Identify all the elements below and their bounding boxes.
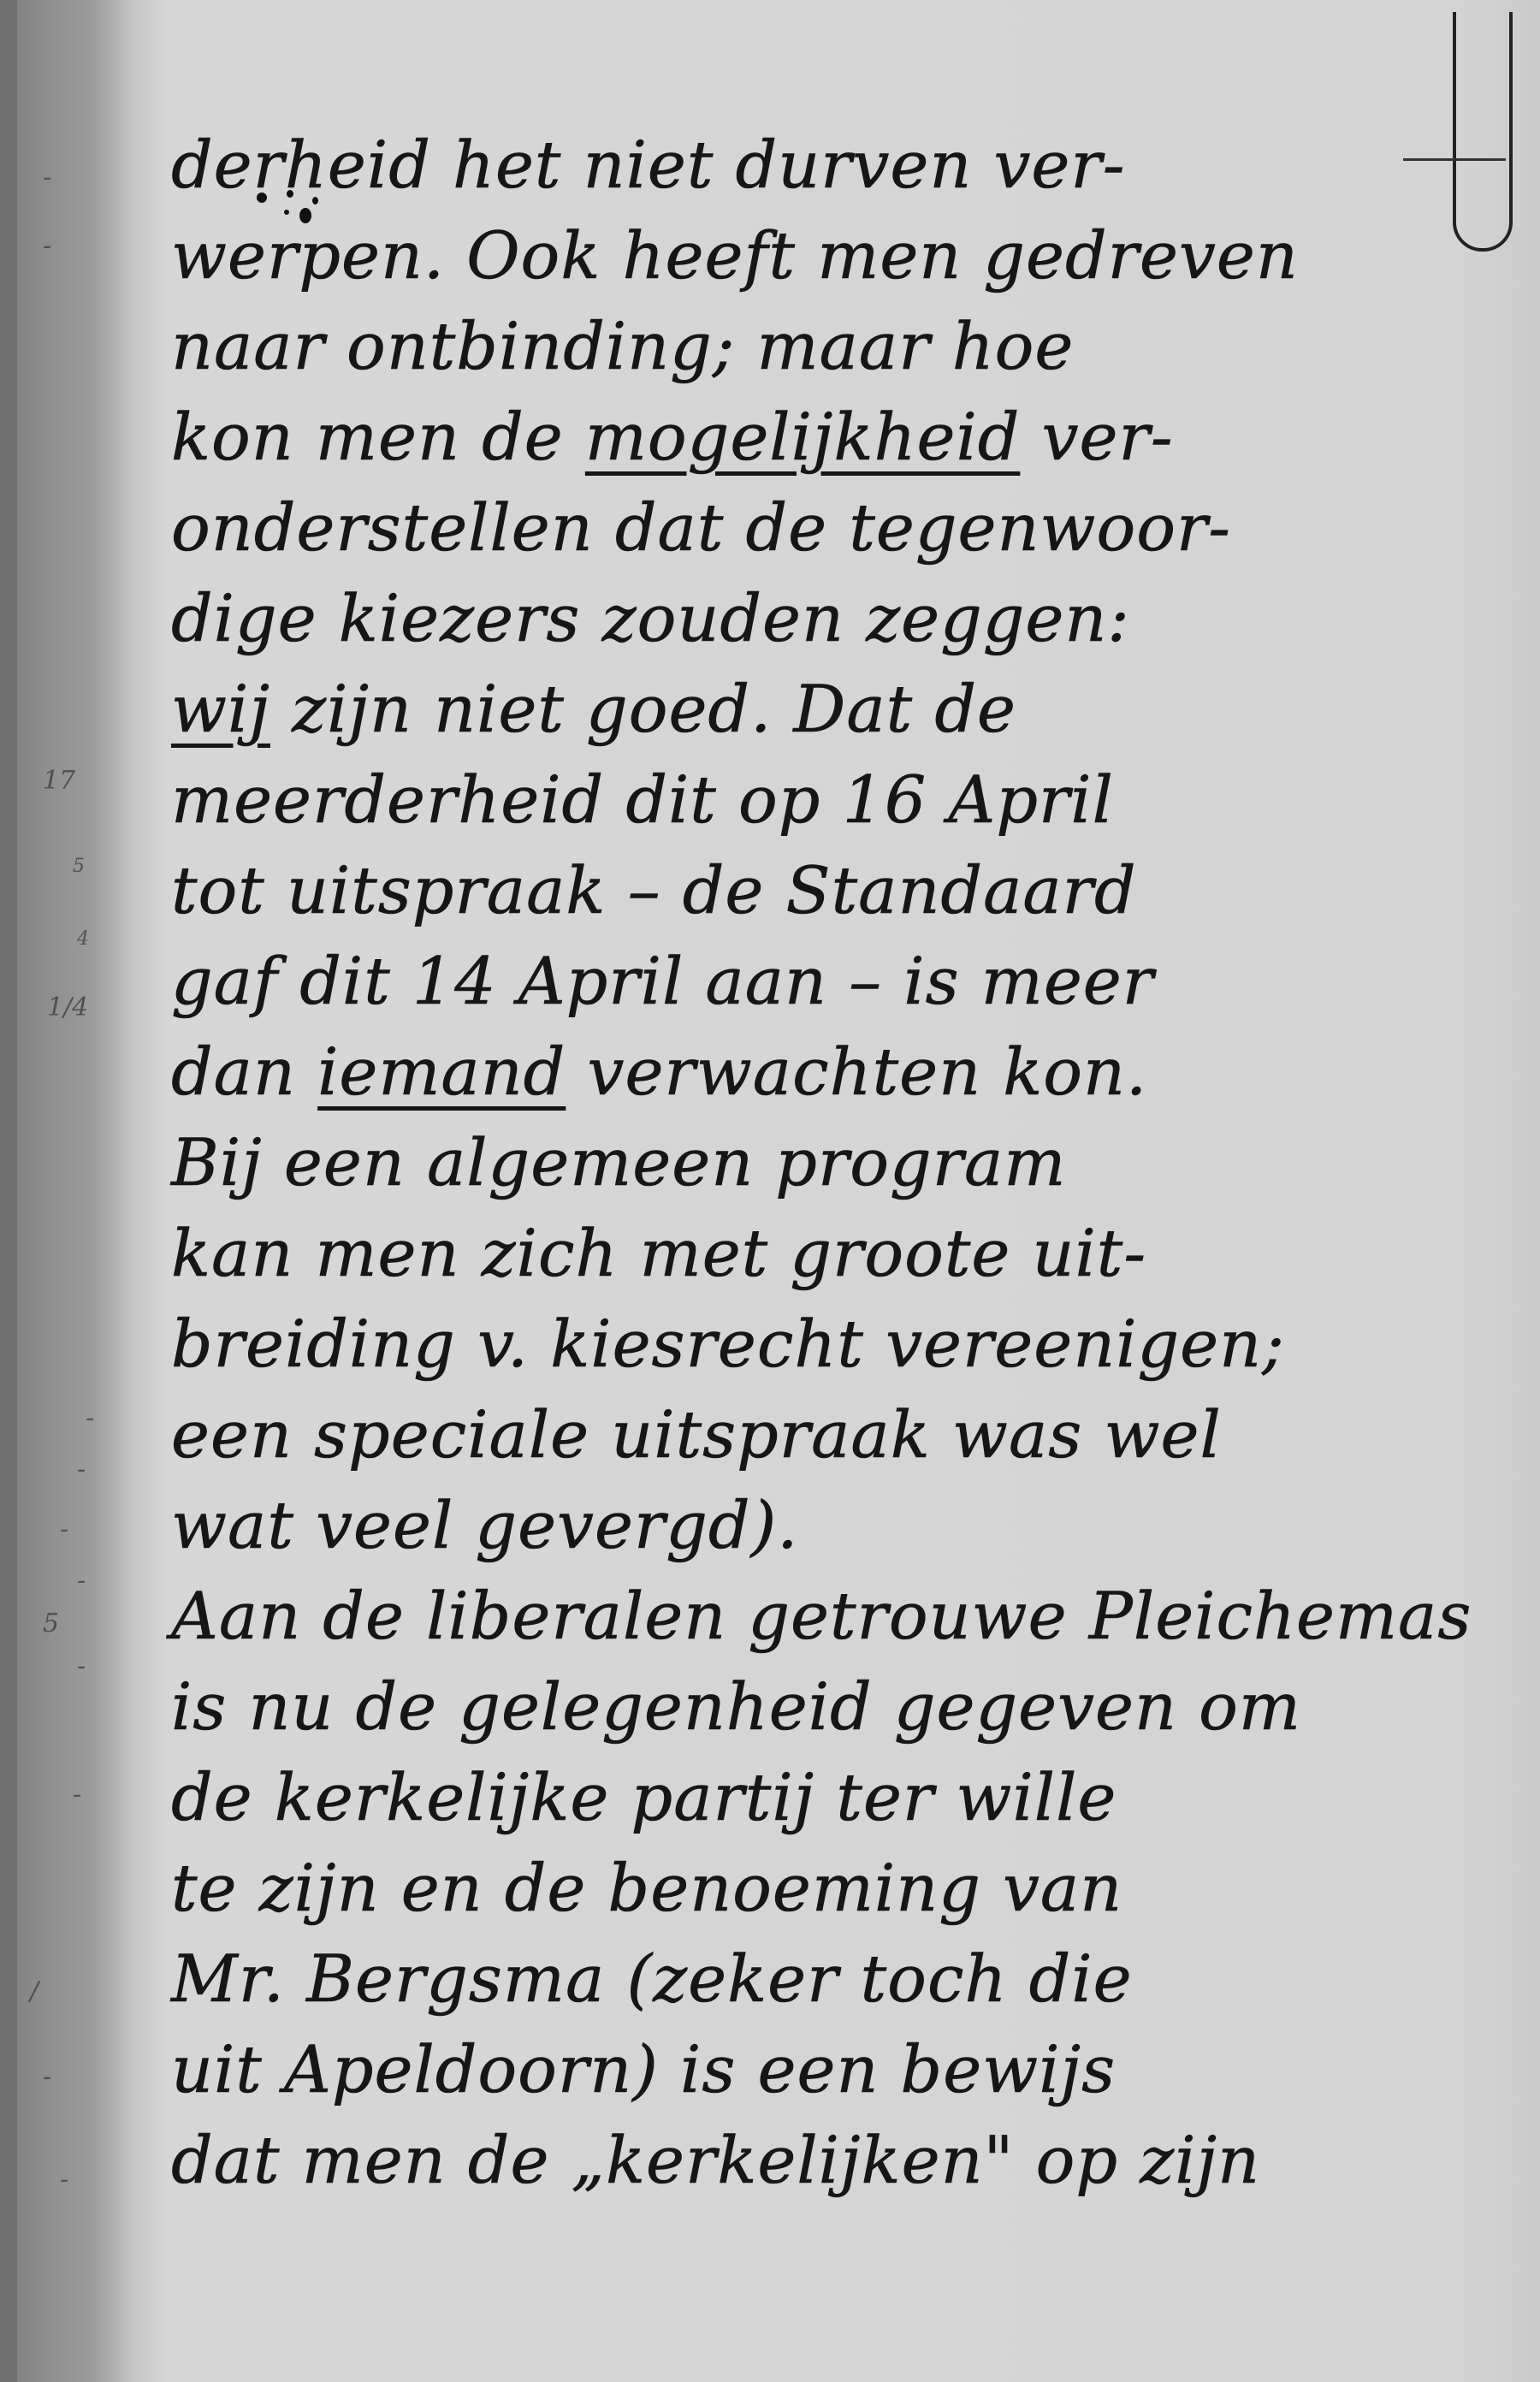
margin-mark: - (43, 2062, 51, 2092)
text-line: uit Apeldoorn) is een bewijs (171, 2024, 1523, 2115)
text-line: meerderheid dit op 16 April (171, 755, 1523, 845)
text-line: tot uitspraak – de Standaard (171, 845, 1523, 936)
margin-mark: 17 (43, 766, 75, 796)
text-line: onderstellen dat de tegenwoor- (171, 483, 1523, 573)
binding-shadow (0, 0, 17, 2382)
margin-mark: - (77, 1455, 86, 1484)
margin-mark: - (43, 231, 51, 261)
margin-annotations: - - 17 5 4 1/4 - - - - 5 - - / - - (26, 0, 145, 2382)
text-line: te zijn en de benoeming van (171, 1843, 1523, 1934)
manuscript-page: - - 17 5 4 1/4 - - - - 5 - - / - - derhe… (0, 0, 1540, 2382)
text-line: wat veel gevergd). (171, 1480, 1523, 1571)
margin-mark: 5 (73, 856, 85, 877)
margin-mark: - (86, 1403, 94, 1433)
margin-mark: 4 (77, 928, 89, 950)
text-line: gaf dit 14 April aan – is meer (171, 936, 1523, 1027)
margin-mark: 5 (43, 1609, 59, 1638)
underlined-word: iemand (317, 1034, 566, 1110)
margin-mark: - (77, 1651, 86, 1681)
text-line: dan iemand verwachten kon. (171, 1027, 1523, 1117)
text-line: dige kiezers zouden zeggen: (171, 573, 1523, 664)
margin-mark: - (73, 1780, 81, 1810)
underlined-word: mogelijkheid (585, 399, 1021, 475)
text-line: dat men de „kerkelijken" op zijn (171, 2115, 1523, 2206)
text-line: Aan de liberalen getrouwe Pleichemas (171, 1571, 1523, 1662)
margin-mark: - (43, 163, 51, 193)
text-line: is nu de gelegenheid gegeven om (171, 1662, 1523, 1752)
text-line: een speciale uitspraak was wel (171, 1389, 1523, 1480)
text-line: derheid het niet durven ver- (171, 120, 1523, 210)
handwritten-text-body: derheid het niet durven ver- werpen. Ook… (171, 120, 1523, 2206)
text-line: kan men zich met groote uit- (171, 1208, 1523, 1299)
text-line: Mr. Bergsma (zeker toch die (171, 1934, 1523, 2024)
text-line: breiding v. kiesrecht vereenigen; (171, 1299, 1523, 1389)
margin-mark: 1/4 (47, 992, 88, 1022)
margin-mark: - (60, 1514, 68, 1544)
text-line: naar ontbinding; maar hoe (171, 301, 1523, 392)
underlined-word: wij (171, 671, 270, 747)
margin-mark: / (30, 1976, 38, 2006)
margin-mark: - (77, 1566, 86, 1596)
text-line: wij zijn niet goed. Dat de (171, 664, 1523, 755)
text-line: werpen. Ook heeft men gedreven (171, 210, 1523, 301)
text-line: de kerkelijke partij ter wille (171, 1752, 1523, 1843)
text-line: Bij een algemeen program (171, 1117, 1523, 1208)
margin-mark: - (60, 2165, 68, 2195)
text-line: kon men de mogelijkheid ver- (171, 392, 1523, 483)
